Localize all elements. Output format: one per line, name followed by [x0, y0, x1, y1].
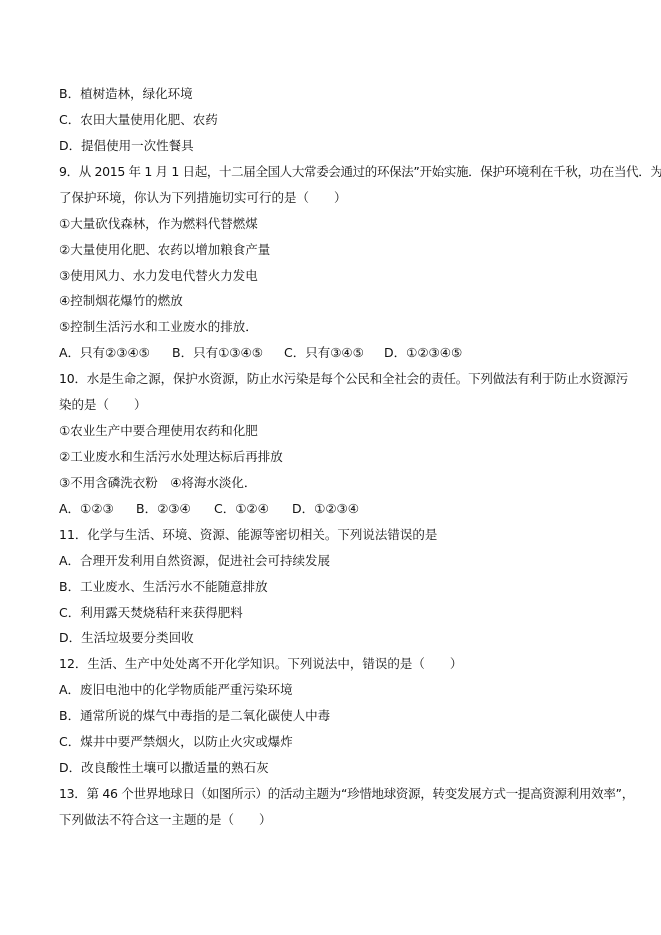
q10-option-a: A．①②③ — [59, 501, 114, 517]
q9-option-c: C．只有③④⑤ — [284, 345, 364, 361]
q10-item-2: ②工业废水和生活污水处理达标后再排放 — [59, 449, 283, 465]
q10-stem-line1: 10．水是生命之源，保护水资源，防止水污染是每个公民和全社会的责任。下列做法有利… — [59, 371, 628, 387]
q12-option-b: B．通常所说的煤气中毒指的是二氧化碳使人中毒 — [59, 708, 330, 724]
q11-option-c: C．利用露天焚烧秸秆来获得肥料 — [59, 605, 243, 621]
q10-item-1: ①农业生产中要合理使用农药和化肥 — [59, 423, 258, 439]
q9-option-a: A．只有②③④⑤ — [59, 345, 150, 361]
q12-option-d: D．改良酸性土壤可以撒适量的熟石灰 — [59, 760, 269, 776]
q9-stem-line1: 9．从 2015 年 1 月 1 日起，十二届全国人大常委会通过的环保法”开始实… — [59, 164, 661, 180]
q11-option-b: B．工业废水、生活污水不能随意排放 — [59, 579, 268, 595]
q8-option-c: C．农田大量使用化肥、农药 — [59, 112, 218, 128]
q8-option-b: B．植树造林，绿化环境 — [59, 86, 193, 102]
q9-item-5: ⑤控制生活污水和工业废水的排放． — [59, 319, 258, 335]
q10-item-3-4: ③不用含磷洗衣粉 ④将海水淡化． — [59, 475, 256, 491]
q12-option-a: A．废旧电池中的化学物质能严重污染环境 — [59, 682, 293, 698]
q13-stem-line2: 下列做法不符合这一主题的是（ ） — [59, 812, 272, 828]
q9-stem-line2: 了保护环境，你认为下列措施切实可行的是（ ） — [59, 190, 347, 206]
q9-option-d: D．①②③④⑤ — [384, 345, 462, 361]
document-page: B．植树造林，绿化环境 C．农田大量使用化肥、农药 D．提倡使用一次性餐具 9．… — [0, 0, 661, 935]
q10-option-d: D．①②③④ — [292, 501, 359, 517]
q13-stem-line1: 13．第 46 个世界地球日（如图所示）的活动主题为“珍惜地球资源，转变发展方式… — [59, 786, 634, 802]
q9-option-b: B．只有①③④⑤ — [172, 345, 263, 361]
q11-option-a: A．合理开发利用自然资源，促进社会可持续发展 — [59, 553, 330, 569]
q10-option-b: B．②③④ — [136, 501, 191, 517]
q12-stem: 12．生活、生产中处处离不开化学知识。下列说法中，错误的是（ ） — [59, 656, 462, 672]
q8-option-d: D．提倡使用一次性餐具 — [59, 138, 194, 154]
q10-option-c: C．①②④ — [214, 501, 269, 517]
q9-item-4: ④控制烟花爆竹的燃放 — [59, 293, 183, 309]
q9-item-2: ②大量使用化肥、农药以增加粮食产量 — [59, 242, 270, 258]
q11-stem: 11．化学与生活、环境、资源、能源等密切相关。下列说法错误的是 — [59, 527, 437, 543]
q9-item-1: ①大量砍伐森林，作为燃料代替燃煤 — [59, 216, 258, 232]
q10-stem-line2: 染的是（ ） — [59, 397, 147, 413]
q11-option-d: D．生活垃圾要分类回收 — [59, 630, 194, 646]
q9-item-3: ③使用风力、水力发电代替火力发电 — [59, 268, 258, 284]
q12-option-c: C．煤井中要严禁烟火，以防止火灾或爆炸 — [59, 734, 293, 750]
